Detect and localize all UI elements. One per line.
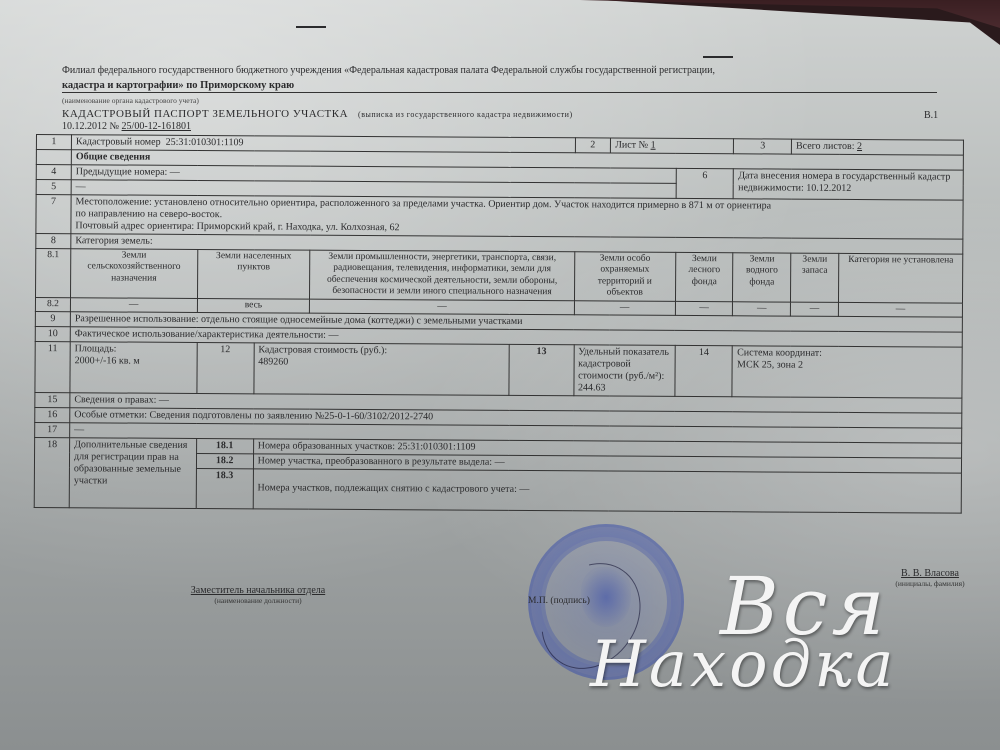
category-value: —	[839, 302, 963, 317]
cadastral-table: 1 Кадастровый номер 25:31:010301:1109 2 …	[34, 134, 964, 514]
issuer-line-2: кадастра и картографии» по Приморскому к…	[62, 80, 294, 91]
total-sheets-value: 2	[857, 141, 862, 152]
row-number: 3	[734, 139, 792, 154]
row-number: 18.2	[196, 453, 253, 468]
category-header: Земли населенных пунктов	[197, 249, 310, 298]
additional-info-label: Дополнительные сведения для регистрации …	[69, 438, 196, 509]
row-number: 12	[196, 342, 253, 393]
watermark-line-2: Находка	[590, 628, 897, 702]
document-number: 25/00-12-161801	[122, 121, 191, 132]
row-number: 18.3	[196, 468, 253, 508]
row-number: 2	[575, 138, 611, 153]
row-number: 10	[35, 326, 70, 341]
total-sheets-cell: Всего листов: 2	[791, 139, 963, 155]
area-cell: Площадь: 2000+/-16 кв. м	[70, 342, 197, 394]
row-number: 8	[36, 234, 71, 249]
total-sheets-label: Всего листов:	[796, 141, 855, 152]
row-number: 17	[35, 422, 70, 437]
signer-position-caption: (наименование должности)	[168, 596, 348, 605]
pen-mark	[703, 56, 733, 58]
sheet-number-cell: Лист № 1	[611, 138, 734, 154]
row-number: 13	[509, 344, 574, 395]
cadastral-value: 489260	[258, 356, 505, 370]
category-value: —	[790, 302, 838, 317]
specific-value-label: Удельный показатель кадастровой стоимост…	[578, 346, 671, 383]
row-number: 6	[676, 168, 734, 198]
table-row: 11 Площадь: 2000+/-16 кв. м 12 Кадастров…	[35, 341, 962, 398]
category-value: —	[574, 300, 675, 315]
category-header: Земли особо охраняемых территорий и объе…	[574, 252, 676, 301]
row-number: 8.2	[35, 297, 70, 312]
area-value: 2000+/-16 кв. м	[75, 355, 193, 368]
row-number: 5	[36, 180, 71, 195]
registration-date: Дата внесения номера в государственный к…	[734, 169, 964, 200]
divider	[62, 92, 937, 93]
category-header: Земли запаса	[791, 253, 839, 302]
cadastral-value-cell: Кадастровая стоимость (руб.): 489260	[254, 343, 510, 396]
row-number: 8.1	[36, 249, 71, 298]
stamp-label: М.П. (подпись)	[528, 596, 590, 606]
category-header: Земли лесного фонда	[675, 252, 733, 301]
row-number: 4	[36, 165, 71, 180]
category-header: Земли сельскохозяйственного назначения	[70, 249, 197, 298]
table-row: 8.1 Земли сельскохозяйственного назначен…	[36, 249, 963, 303]
coordinate-system-value: МСК 25, зона 2	[737, 359, 958, 372]
signer-position-block: Заместитель начальника отдела (наименова…	[168, 585, 348, 605]
category-value: —	[70, 297, 197, 312]
category-header: Земли водного фонда	[733, 253, 791, 302]
document-date: 10.12.2012	[62, 121, 107, 132]
issuer-line-1: Филиал федерального государственного бюд…	[62, 65, 715, 76]
removed-parcels: Номера участков, подлежащих снятию с кад…	[253, 469, 962, 513]
category-value: весь	[197, 298, 310, 313]
row-number: 7	[36, 195, 71, 234]
row-number: 16	[35, 407, 70, 422]
row-number: 1	[36, 135, 71, 150]
pen-mark	[296, 26, 326, 28]
watermark-logo: Вся Находка	[590, 560, 990, 750]
table-row: 7 Местоположение: установлено относитель…	[36, 195, 963, 240]
document-title: КАДАСТРОВЫЙ ПАСПОРТ ЗЕМЕЛЬНОГО УЧАСТКА(в…	[62, 108, 573, 120]
row-number: 18	[34, 437, 69, 507]
document-title-sub: (выписка из государственного кадастра не…	[358, 110, 573, 119]
category-value: —	[733, 301, 791, 316]
row-number: 9	[35, 311, 70, 326]
coordinate-system-cell: Система координат: МСК 25, зона 2	[732, 346, 962, 398]
row-number: 14	[675, 345, 733, 396]
form-code: В.1	[924, 110, 938, 121]
category-value: —	[310, 299, 574, 315]
row-number: 15	[35, 392, 70, 407]
category-value: —	[675, 301, 733, 316]
sheet-label: Лист №	[615, 140, 648, 151]
specific-value-cell: Удельный показатель кадастровой стоимост…	[573, 345, 675, 397]
document-number-label: №	[110, 121, 120, 132]
area-label: Площадь:	[75, 343, 193, 356]
sheet-value: 1	[651, 140, 656, 151]
location-cell: Местоположение: установлено относительно…	[71, 195, 963, 239]
signer-position: Заместитель начальника отдела	[168, 585, 348, 596]
document-date-number: 10.12.2012 № 25/00-12-161801	[62, 121, 191, 132]
cadastral-value-label: Кадастровая стоимость (руб.):	[258, 344, 505, 358]
cadastral-number-label: Кадастровый номер	[76, 136, 161, 148]
category-header: Категория не установлена	[839, 253, 963, 302]
issuer-caption: (наименование органа кадастрового учета)	[62, 96, 199, 105]
cadastral-number-value: 25:31:010301:1109	[166, 137, 244, 148]
specific-value: 244.63	[578, 382, 670, 395]
row-number: 18.1	[196, 438, 253, 453]
row-number: 11	[35, 341, 70, 392]
document-title-main: КАДАСТРОВЫЙ ПАСПОРТ ЗЕМЕЛЬНОГО УЧАСТКА	[62, 108, 348, 120]
category-header: Земли промышленности, энергетики, трансп…	[310, 250, 574, 300]
